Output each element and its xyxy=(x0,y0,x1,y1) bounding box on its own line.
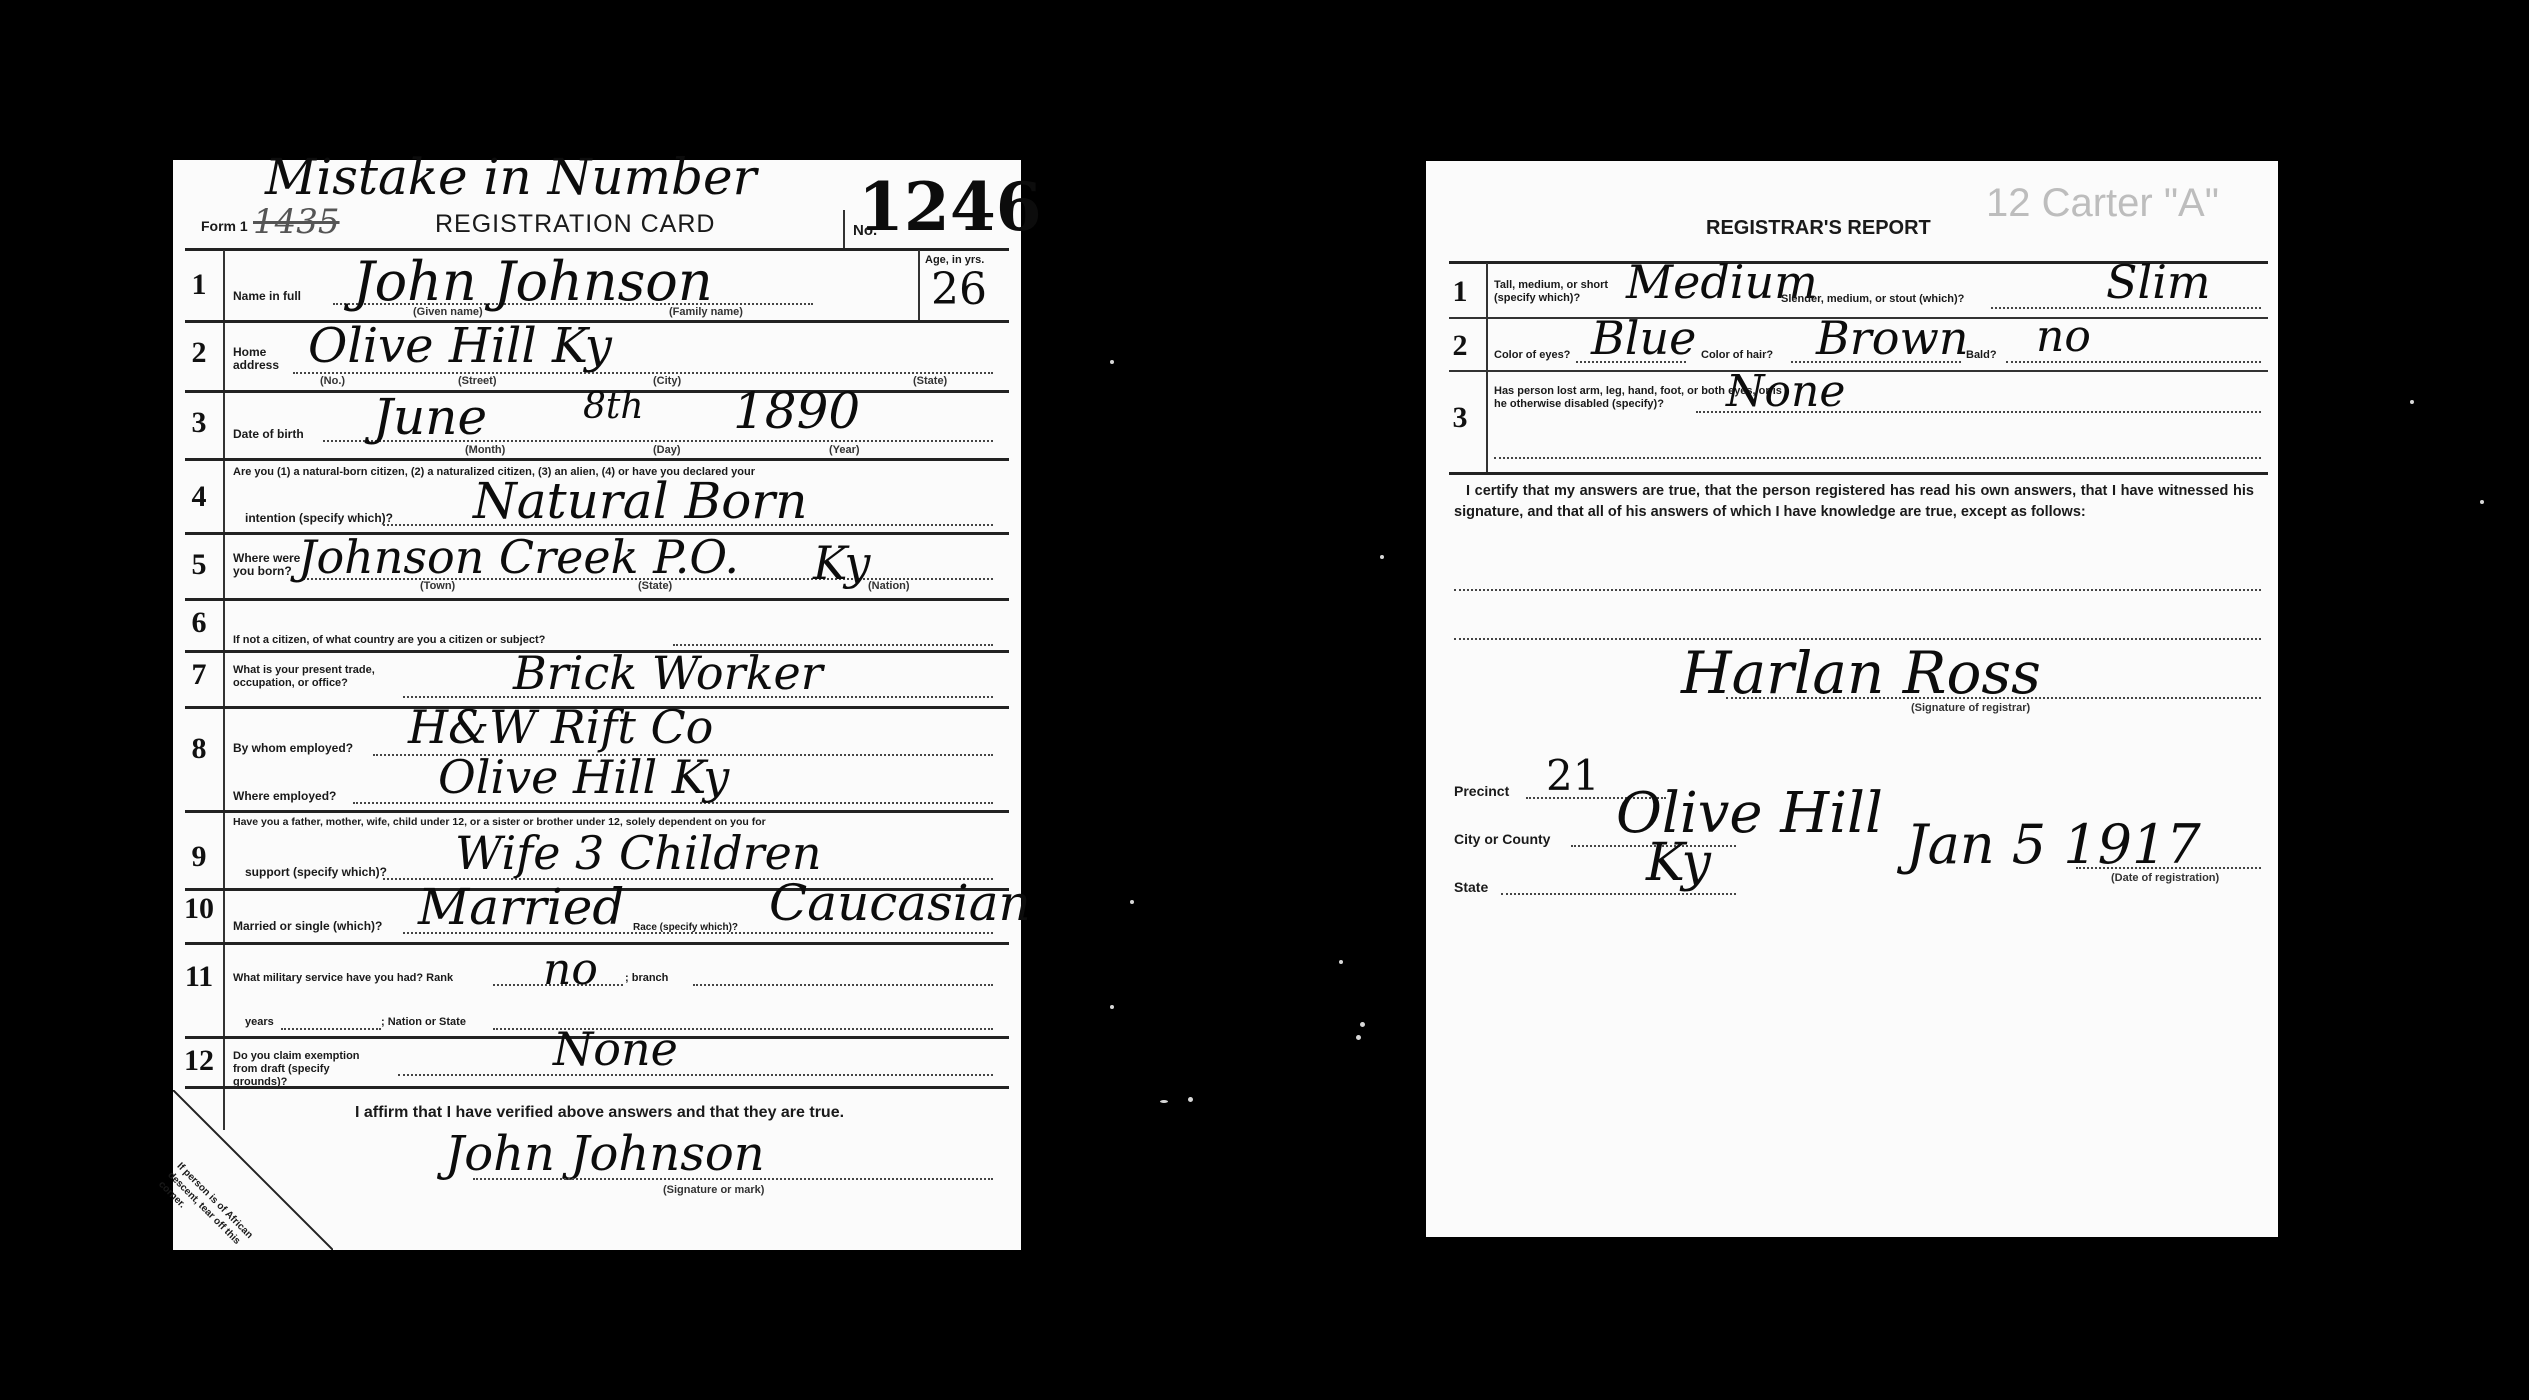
row-number: 3 xyxy=(179,406,219,440)
row-number: 1 xyxy=(179,268,219,302)
bald-label: Bald? xyxy=(1966,349,1997,361)
eye-color-value: Blue xyxy=(1591,311,1696,365)
sublabel: (No.) xyxy=(320,375,345,387)
build-value: Slim xyxy=(2106,255,2211,309)
signature-label: (Signature or mark) xyxy=(663,1184,764,1196)
sublabel: (Town) xyxy=(420,580,455,592)
background-speck xyxy=(2410,400,2414,404)
row-number: 8 xyxy=(179,732,219,766)
citizenship-label: intention (specify which)? xyxy=(245,512,393,525)
state-label: State xyxy=(1454,879,1488,895)
employment-place-label: Where employed? xyxy=(233,790,336,803)
registration-date-label: (Date of registration) xyxy=(2111,872,2219,884)
military-rank-value: no xyxy=(543,944,598,995)
citizenship-value: Natural Born xyxy=(473,472,807,530)
certification-text: I certify that my answers are true, that… xyxy=(1454,481,2254,523)
sublabel: (Day) xyxy=(653,444,681,456)
sublabel: (Month) xyxy=(465,444,505,456)
sublabel: (State) xyxy=(638,580,672,592)
affirmation-text: I affirm that I have verified above answ… xyxy=(355,1104,844,1122)
sublabel: (Family name) xyxy=(669,306,743,318)
county-stamp: 12 Carter "A" xyxy=(1986,181,2219,226)
sublabel: (Street) xyxy=(458,375,497,387)
row-number: 1 xyxy=(1440,275,1480,309)
dob-label: Date of birth xyxy=(233,428,304,441)
background-speck xyxy=(2480,500,2484,504)
registrars-report-card: 12 Carter "A" REGISTRAR'S REPORT 1 Tall,… xyxy=(1426,161,2278,1237)
employer-value: H&W Rift Co xyxy=(408,700,713,754)
marital-label: Married or single (which)? xyxy=(233,920,382,933)
sublabel: (City) xyxy=(653,375,681,387)
form-struck-number: 1435 xyxy=(253,202,340,242)
name-label: Name in full xyxy=(233,290,301,303)
branch-label: ; branch xyxy=(625,972,668,984)
row-number: 10 xyxy=(179,892,219,926)
age-value: 26 xyxy=(931,264,987,315)
bald-value: no xyxy=(2036,311,2091,362)
build-label: Slender, medium, or stout (which)? xyxy=(1781,293,1964,305)
registrant-signature: John Johnson xyxy=(445,1126,765,1182)
precinct-label: Precinct xyxy=(1454,783,1509,799)
background-speck xyxy=(1110,1005,1114,1009)
sublabel: (Given name) xyxy=(413,306,483,318)
row-number: 6 xyxy=(179,606,219,640)
military-service-label: What military service have you had? Rank xyxy=(233,972,453,984)
employment-place-value: Olive Hill Ky xyxy=(438,750,729,804)
years-label: years xyxy=(245,1016,274,1028)
row-number: 12 xyxy=(179,1044,219,1078)
background-speck xyxy=(1130,900,1134,904)
form-label: Form 1 xyxy=(201,218,248,234)
background-speck xyxy=(1188,1097,1193,1102)
dependents-value: Wife 3 Children xyxy=(455,826,821,880)
precinct-value: 21 xyxy=(1546,751,1599,800)
dob-day: 8th xyxy=(583,386,644,427)
home-address-value: Olive Hill Ky xyxy=(308,318,612,374)
race-value: Caucasian xyxy=(769,874,1031,932)
occupation-value: Brick Worker xyxy=(513,646,823,700)
row-number: 9 xyxy=(179,840,219,874)
nation-state-label: ; Nation or State xyxy=(381,1016,466,1028)
hair-color-value: Brown xyxy=(1816,311,1969,365)
background-speck xyxy=(1380,555,1384,559)
row-number: 4 xyxy=(179,480,219,514)
sublabel: (Year) xyxy=(829,444,860,456)
hair-color-label: Color of hair? xyxy=(1701,349,1773,361)
background-speck xyxy=(1360,1022,1365,1027)
name-value: John Johnson xyxy=(353,250,713,313)
exemption-label: Do you claim exemption from draft (speci… xyxy=(233,1050,373,1089)
disability-value: None xyxy=(1726,366,1845,417)
registration-card: Mistake in Number Form 1 1435 REGISTRATI… xyxy=(173,160,1021,1250)
sublabel: (Nation) xyxy=(868,580,910,592)
exemption-value: None xyxy=(553,1022,678,1076)
employer-label: By whom employed? xyxy=(233,742,353,755)
registrar-signature-label: (Signature of registrar) xyxy=(1911,702,2030,714)
birthplace-town: Johnson Creek P.O. xyxy=(298,530,739,584)
sublabel: (State) xyxy=(913,375,947,387)
height-label: Tall, medium, or short (specify which)? xyxy=(1494,279,1644,305)
race-label: Race (specify which)? xyxy=(633,922,738,933)
birthplace-nation: Ky xyxy=(813,536,870,590)
birthplace-label: Where were you born? xyxy=(233,552,303,578)
row-number: 5 xyxy=(179,548,219,582)
row-number: 2 xyxy=(1440,329,1480,363)
state-value: Ky xyxy=(1646,833,1711,893)
row-number: 2 xyxy=(179,336,219,370)
background-speck xyxy=(1339,960,1343,964)
row-number: 11 xyxy=(179,960,219,994)
home-address-label: Home address xyxy=(233,346,293,372)
dependents-label: support (specify which)? xyxy=(245,866,387,879)
country-label: If not a citizen, of what country are yo… xyxy=(233,634,545,646)
background-speck xyxy=(1160,1100,1168,1103)
city-county-label: City or County xyxy=(1454,831,1550,847)
eye-color-label: Color of eyes? xyxy=(1494,349,1570,361)
row-number: 7 xyxy=(179,658,219,692)
occupation-label: What is your present trade, occupation, … xyxy=(233,664,383,690)
card-title: REGISTRATION CARD xyxy=(435,210,715,239)
marital-value: Married xyxy=(418,878,624,936)
row-number: 3 xyxy=(1440,401,1480,435)
dob-month: June xyxy=(373,388,487,446)
registration-number: 1246 xyxy=(858,168,1042,246)
mistake-annotation: Mistake in Number xyxy=(265,148,756,206)
background-speck xyxy=(1356,1035,1361,1040)
report-title: REGISTRAR'S REPORT xyxy=(1706,217,1931,240)
dob-year: 1890 xyxy=(733,382,860,440)
background-speck xyxy=(1110,360,1114,364)
